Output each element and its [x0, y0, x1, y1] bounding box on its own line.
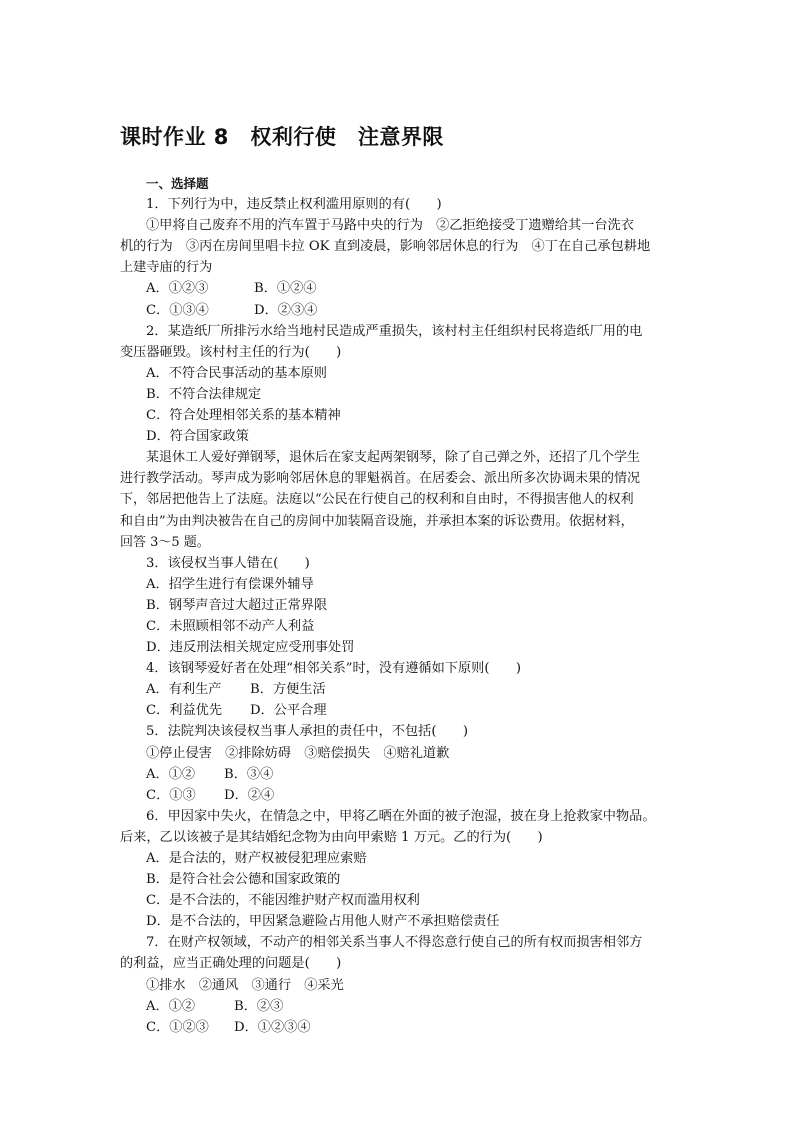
option-c: C．未照顾相邻不动产人利益 [120, 616, 675, 637]
question-1-stem: 1．下列行为中，违反禁止权利滥用原则的有( ) [120, 194, 675, 215]
option-a: A．①②③ [146, 278, 254, 299]
option-d: D．违反刑法相关规定应受刑事处罚 [120, 637, 675, 658]
option-b: B．钢琴声音过大超过正常界限 [120, 595, 675, 616]
section-heading: 一、选择题 [120, 173, 675, 194]
question-4-options-row: C．利益优先 D．公平合理 [120, 700, 675, 721]
material-line: 回答 3～5 题。 [120, 532, 675, 553]
question-4-options-row: A．有利生产 B．方便生活 [120, 679, 675, 700]
material-line: 进行教学活动。琴声成为影响邻居休息的罪魁祸首。在居委会、派出所多次协调未果的情况 [120, 468, 675, 489]
reading-material: 某退休工人爱好弹钢琴，退休后在家支起两架钢琴，除了自己弹之外，还招了几个学生 进… [120, 447, 675, 552]
option-d: D．②④ [224, 785, 274, 806]
option-c: C．符合处理相邻关系的基本精神 [120, 405, 675, 426]
question-1-items-line: 上建寺庙的行为 [120, 257, 675, 278]
option-c: C．是不合法的，不能因维护财产权而滥用权利 [120, 890, 675, 911]
question-7-options-row: A．①② B．②③ [120, 996, 675, 1017]
question-6-stem: 后来，乙以该被子是其结婚纪念物为由向甲索赔 1 万元。乙的行为( ) [120, 827, 675, 848]
option-a: A．是合法的，财产权被侵犯理应索赔 [120, 848, 675, 869]
option-c: C．①②③ [146, 1017, 234, 1038]
option-b: B．②③ [234, 996, 283, 1017]
question-1-items-line: ①甲将自己废弃不用的汽车置于马路中央的行为 ②乙拒绝接受丁遗赠给其一台洗衣 [120, 215, 675, 236]
option-a: A．①② [146, 996, 234, 1017]
material-line: 下，邻居把他告上了法庭。法庭以“公民在行使自己的权利和自由时，不得损害他人的权利 [120, 489, 675, 510]
option-d: D．公平合理 [250, 700, 327, 721]
question-5-stem: 5．法院判决该侵权当事人承担的责任中，不包括( ) [120, 721, 675, 742]
option-a: A．不符合民事活动的基本原则 [120, 363, 675, 384]
question-5-items: ①停止侵害 ②排除妨碍 ③赔偿损失 ④赔礼道歉 [120, 743, 675, 764]
option-d: D．是不合法的，甲因紧急避险占用他人财产不承担赔偿责任 [120, 911, 675, 932]
option-b: B．不符合法律规定 [120, 384, 675, 405]
option-b: B．是符合社会公德和国家政策的 [120, 869, 675, 890]
question-1-options-row: C．①③④ D．②③④ [120, 300, 675, 321]
question-7-items: ①排水 ②通风 ③通行 ④采光 [120, 975, 675, 996]
question-7-stem: 7．在财产权领域，不动产的相邻关系当事人不得恣意行使自己的所有权而损害相邻方 [120, 932, 675, 953]
document-page: 课时作业 8 权利行使 注意界限 一、选择题 1．下列行为中，违反禁止权利滥用原… [0, 0, 793, 1122]
option-c: C．利益优先 [146, 700, 250, 721]
option-d: D．①②③④ [234, 1017, 311, 1038]
option-d: D．②③④ [254, 300, 317, 321]
option-a: A．①② [146, 764, 224, 785]
option-b: B．方便生活 [250, 679, 326, 700]
page-title: 课时作业 8 权利行使 注意界限 [120, 121, 444, 151]
question-3-stem: 3．该侵权当事人错在( ) [120, 553, 675, 574]
material-line: 和自由”为由判决被告在自己的房间中加装隔音设施，并承担本案的诉讼费用。依据材料， [120, 511, 675, 532]
option-c: C．①③ [146, 785, 224, 806]
option-a: A．有利生产 [146, 679, 250, 700]
question-2-stem: 变压器砸毁。该村村主任的行为( ) [120, 342, 675, 363]
question-6-stem: 6．甲因家中失火，在情急之中，甲将乙晒在外面的被子泡湿，披在身上抢救家中物品。 [120, 806, 675, 827]
question-5-options-row: C．①③ D．②④ [120, 785, 675, 806]
worksheet-content: 一、选择题 1．下列行为中，违反禁止权利滥用原则的有( ) ①甲将自己废弃不用的… [120, 173, 675, 1038]
question-4-stem: 4．该钢琴爱好者在处理“相邻关系”时，没有遵循如下原则( ) [120, 658, 675, 679]
question-1-items-line: 机的行为 ③丙在房间里唱卡拉 OK 直到凌晨，影响邻居休息的行为 ④丁在自己承包… [120, 236, 675, 257]
option-b: B．①②④ [254, 278, 316, 299]
option-b: B．③④ [224, 764, 273, 785]
question-1-options-row: A．①②③ B．①②④ [120, 278, 675, 299]
option-d: D．符合国家政策 [120, 426, 675, 447]
material-line: 某退休工人爱好弹钢琴，退休后在家支起两架钢琴，除了自己弹之外，还招了几个学生 [120, 447, 675, 468]
question-7-options-row: C．①②③ D．①②③④ [120, 1017, 675, 1038]
option-c: C．①③④ [146, 300, 254, 321]
question-7-stem: 的利益，应当正确处理的问题是( ) [120, 953, 675, 974]
question-5-options-row: A．①② B．③④ [120, 764, 675, 785]
question-2-stem: 2．某造纸厂所排污水给当地村民造成严重损失，该村村主任组织村民将造纸厂用的电 [120, 321, 675, 342]
option-a: A．招学生进行有偿课外辅导 [120, 574, 675, 595]
